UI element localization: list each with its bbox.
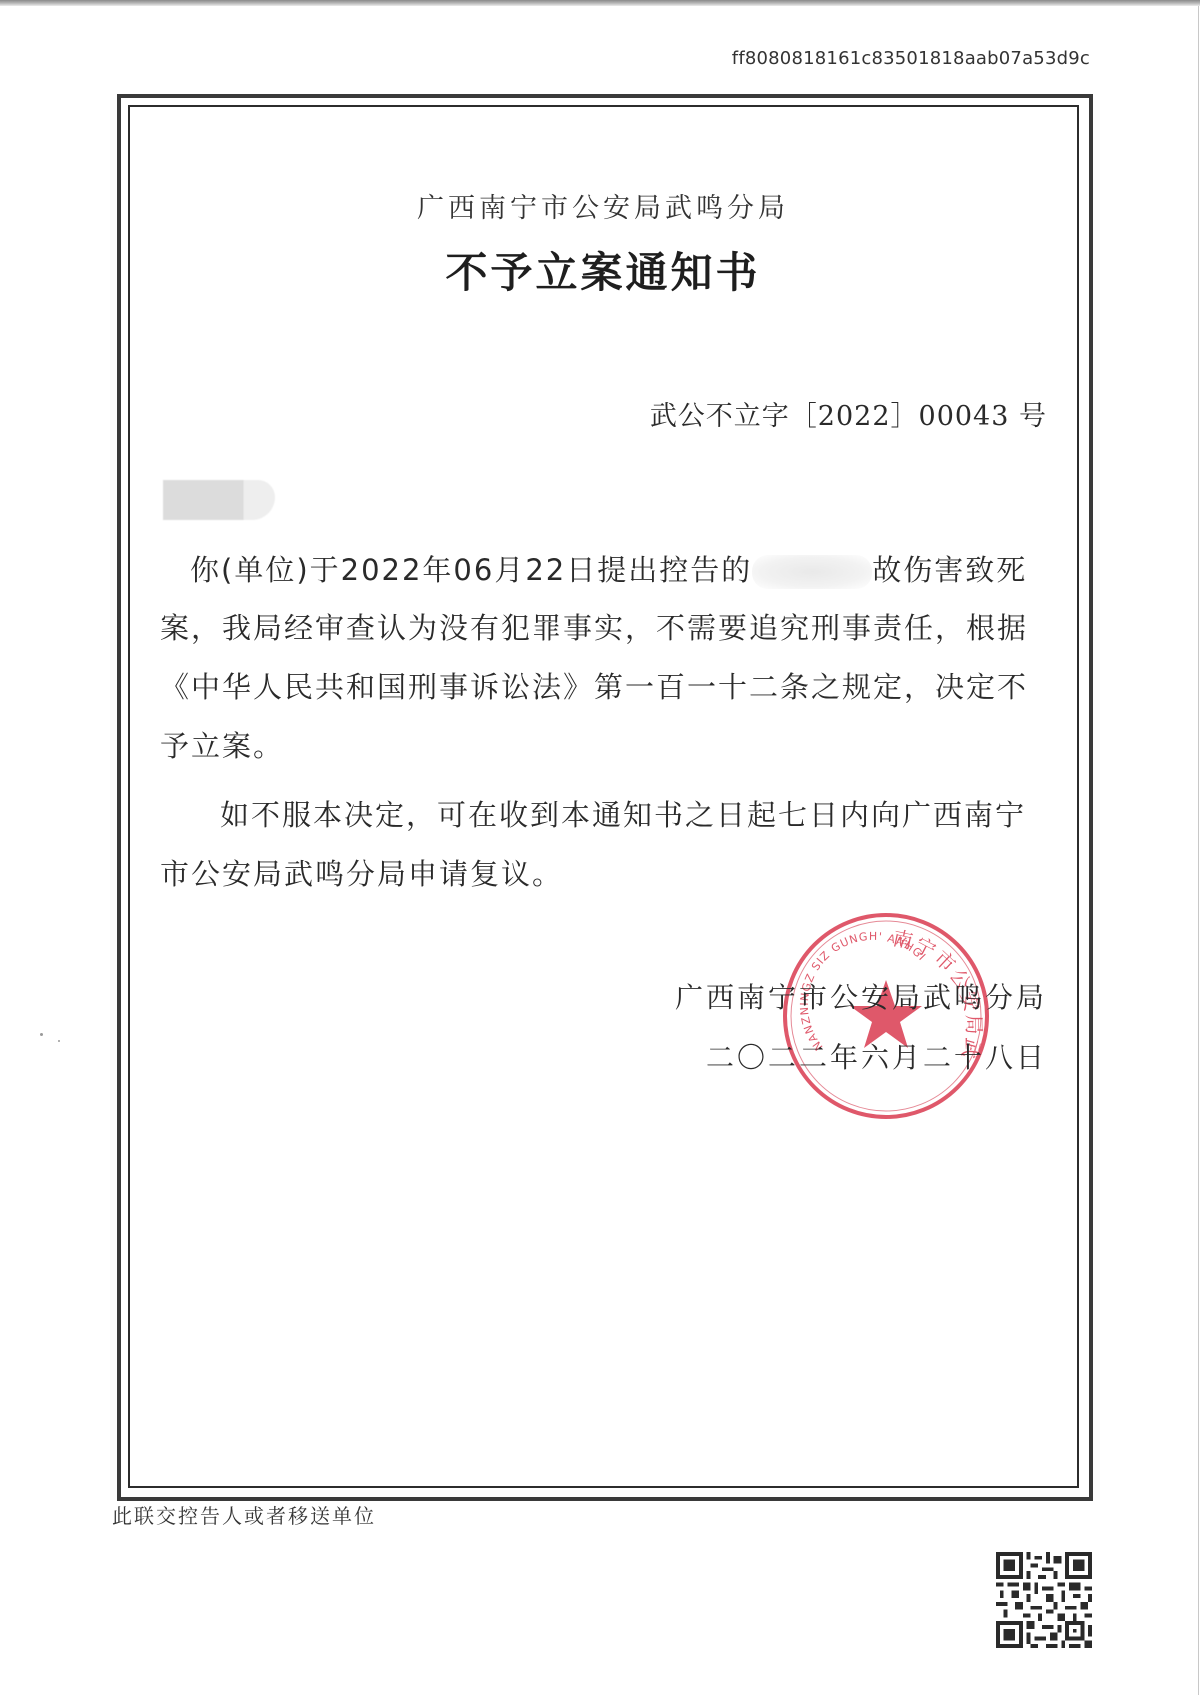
redacted-name <box>752 555 872 589</box>
document-id: ff8080818161c83501818aab07a53d9c <box>720 48 1090 69</box>
body-text: 你(单位)于2022年06月22日提出控告的 <box>190 553 752 587</box>
scan-edge-top <box>0 0 1200 6</box>
agency-title: 广西南宁市公安局武鸣分局 <box>0 186 1200 225</box>
scan-speck <box>58 1040 60 1042</box>
body-paragraph-2-line-1: 如不服本决定，可在收到本通知书之日起七日内向广西南宁 <box>220 793 1026 834</box>
redacted-recipient <box>163 480 275 520</box>
signature-agency: 广西南宁市公安局武鸣分局 <box>675 976 1047 1016</box>
body-paragraph-1-line-4: 予立案。 <box>160 724 284 765</box>
body-paragraph-2-line-2: 市公安局武鸣分局申请复议。 <box>160 852 563 893</box>
qr-code-icon[interactable] <box>996 1552 1092 1648</box>
document-title: 不予立案通知书 <box>0 240 1200 300</box>
body-paragraph-1-line-2: 案，我局经审查认为没有犯罪事实，不需要追究刑事责任，根据 <box>160 606 1028 647</box>
body-paragraph-1-line-3: 《中华人民共和国刑事诉讼法》第一百一十二条之规定，决定不 <box>160 665 1028 706</box>
document-number: 武公不立字［2022］00043 号 <box>650 394 1047 433</box>
body-paragraph-1-line-1: 你(单位)于2022年06月22日提出控告的故伤害致死 <box>190 548 1027 589</box>
official-seal-icon: 南宁市公安局武鸣分局 NANZNINGZ SIZ GUNGH' ANHGIZ V… <box>780 910 992 1122</box>
body-text: 故伤害致死 <box>872 553 1027 587</box>
signature-date: 二〇二二年六月二十八日 <box>706 1036 1047 1076</box>
scan-speck <box>40 1033 43 1036</box>
copy-distribution-note: 此联交控告人或者移送单位 <box>112 1500 376 1529</box>
